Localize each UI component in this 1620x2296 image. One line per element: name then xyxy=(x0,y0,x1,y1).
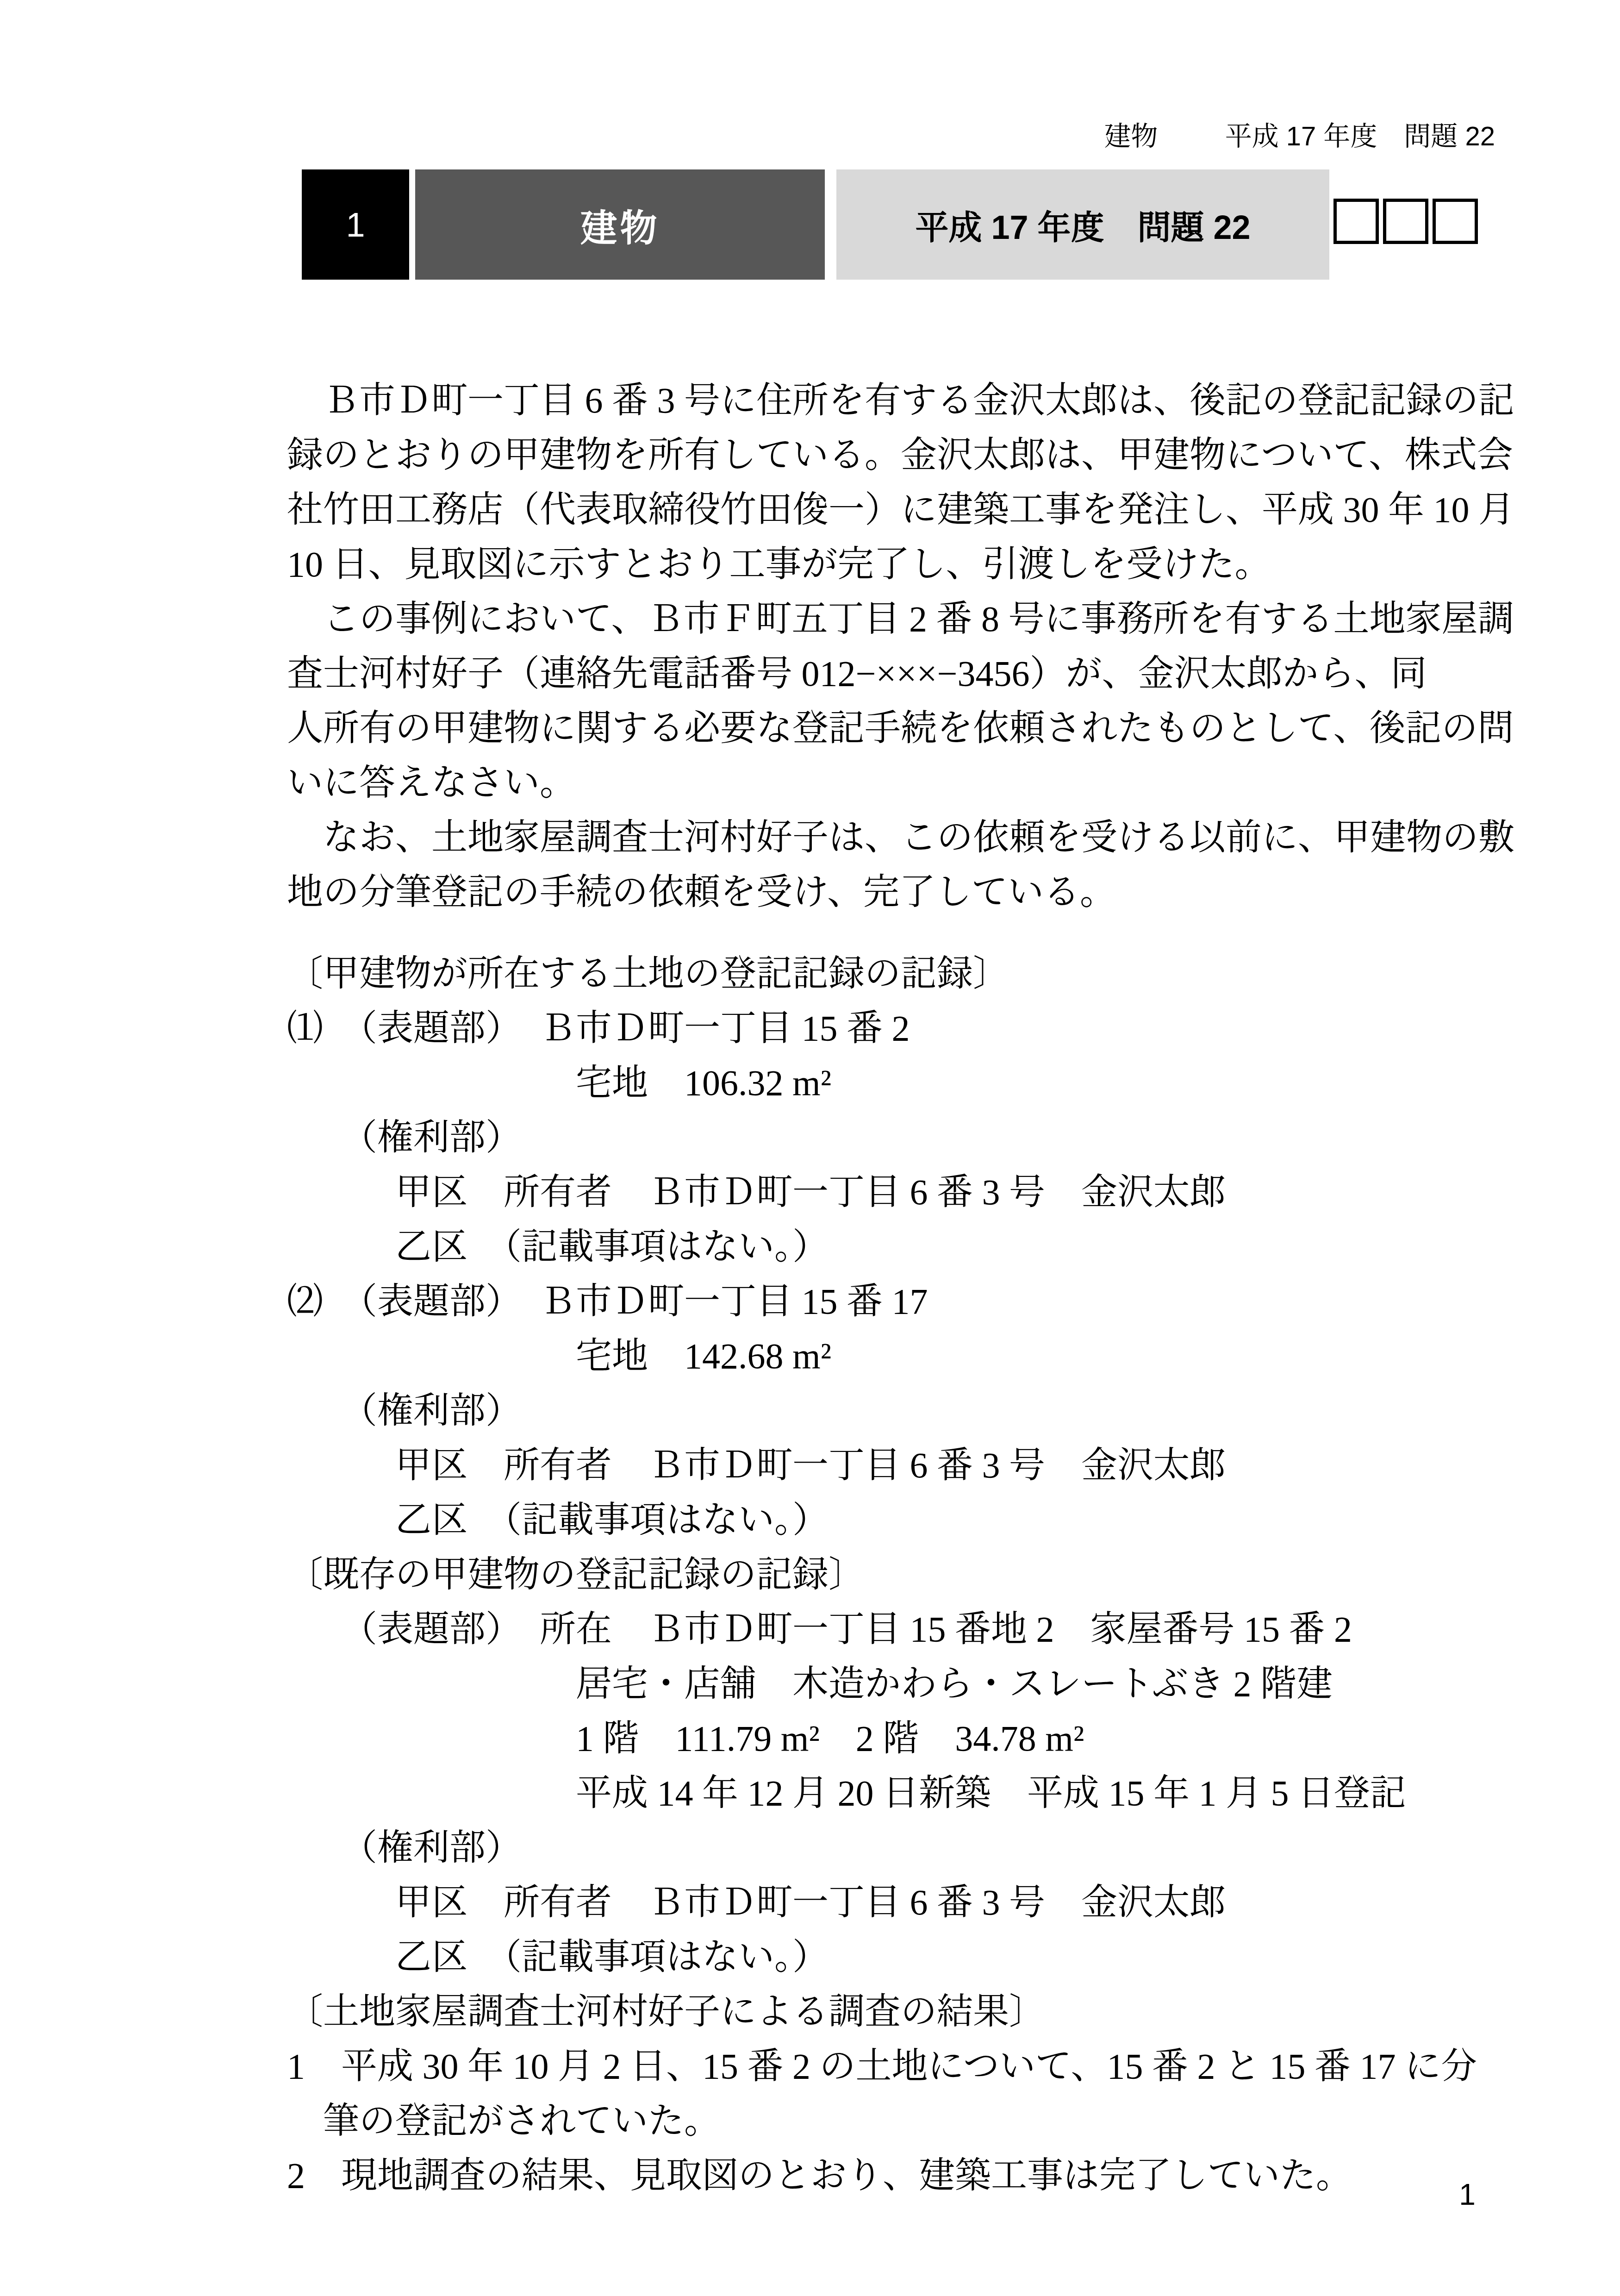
text-line: 録のとおりの甲建物を所有している。金沢太郎は、甲建物について、株式会 xyxy=(287,428,1514,482)
text-line: Ｂ市Ｄ町一丁目 6 番 3 号に住所を有する金沢太郎は、後記の登記記録の記 xyxy=(287,373,1514,428)
text-line: 人所有の甲建物に関する必要な登記手続を依頼されたものとして、後記の問 xyxy=(287,701,1514,756)
exam-title-label: 平成 17 年度 問題 22 xyxy=(915,200,1250,249)
running-header: 建物平成 17 年度 問題 22 xyxy=(287,81,1495,155)
answer-checkbox-1[interactable] xyxy=(1333,199,1379,244)
record-line: 乙区 （記載事項はない。） xyxy=(287,1930,1514,1984)
question-body: Ｂ市Ｄ町一丁目 6 番 3 号に住所を有する金沢太郎は、後記の登記記録の記 録の… xyxy=(287,373,1514,2203)
record-line: 乙区 （記載事項はない。） xyxy=(287,1493,1514,1547)
record-line: 宅地 142.68 m² xyxy=(287,1329,1514,1383)
text-line: 地の分筆登記の手続の依頼を受け、完了している。 xyxy=(287,865,1514,920)
record-line: ⑵ （表題部） Ｂ市Ｄ町一丁目 15 番 17 xyxy=(287,1274,1514,1329)
record-line: 甲区 所有者 Ｂ市Ｄ町一丁目 6 番 3 号 金沢太郎 xyxy=(287,1875,1514,1930)
record-line: （表題部） 所在 Ｂ市Ｄ町一丁目 15 番地 2 家屋番号 15 番 2 xyxy=(287,1602,1514,1657)
record-line: 平成 14 年 12 月 20 日新築 平成 15 年 1 月 5 日登記 xyxy=(287,1766,1514,1821)
record-line: （権利部） xyxy=(287,1110,1514,1165)
running-header-exam-info: 平成 17 年度 問題 22 xyxy=(1225,121,1495,151)
text-line: 査士河村好子（連絡先電話番号 012−×××−3456）が、金沢太郎から、同 xyxy=(287,646,1514,701)
record-line: 宅地 106.32 m² xyxy=(287,1056,1514,1110)
record-line: 2 現地調査の結果、見取図のとおり、建築工事は完了していた。 xyxy=(287,2148,1514,2203)
record-line: 甲区 所有者 Ｂ市Ｄ町一丁目 6 番 3 号 金沢太郎 xyxy=(287,1165,1514,1220)
subject-label: 建物 xyxy=(580,198,660,251)
record-line: 筆の登記がされていた。 xyxy=(287,2094,1514,2148)
record-line: 1 階 111.79 m² 2 階 34.78 m² xyxy=(287,1711,1514,1766)
registry-records: 〔甲建物が所在する土地の登記記録の記録〕 ⑴ （表題部） Ｂ市Ｄ町一丁目 15 … xyxy=(287,946,1514,2203)
record-line: （権利部） xyxy=(287,1821,1514,1875)
record-line: 1 平成 30 年 10 月 2 日、15 番 2 の土地について、15 番 2… xyxy=(287,2039,1514,2094)
text-line: この事例において、Ｂ市Ｆ町五丁目 2 番 8 号に事務所を有する土地家屋調 xyxy=(287,592,1514,646)
question-statement: Ｂ市Ｄ町一丁目 6 番 3 号に住所を有する金沢太郎は、後記の登記記録の記 録の… xyxy=(287,373,1514,920)
record-line: 甲区 所有者 Ｂ市Ｄ町一丁目 6 番 3 号 金沢太郎 xyxy=(287,1438,1514,1493)
exam-page: { "colors": { "chapter_box_bg": "#000000… xyxy=(0,0,1620,2296)
text-line: 社竹田工務店（代表取締役竹田俊一）に建築工事を発注し、平成 30 年 10 月 xyxy=(287,482,1514,537)
record-line: 居宅・店舗 木造かわら・スレートぶき 2 階建 xyxy=(287,1657,1514,1711)
text-line: いに答えなさい。 xyxy=(287,756,1514,810)
answer-checkbox-2[interactable] xyxy=(1383,199,1428,244)
answer-checkbox-3[interactable] xyxy=(1433,199,1478,244)
section-heading: 〔土地家屋調査士河村好子による調査の結果〕 xyxy=(287,1984,1514,2039)
chapter-number-box: 1 xyxy=(302,169,409,280)
section-heading: 〔既存の甲建物の登記記録の記録〕 xyxy=(287,1547,1514,1602)
running-header-doc-type: 建物 xyxy=(1104,121,1158,151)
section-heading: 〔甲建物が所在する土地の登記記録の記録〕 xyxy=(287,946,1514,1001)
record-line: （権利部） xyxy=(287,1383,1514,1438)
record-line: 乙区 （記載事項はない。） xyxy=(287,1220,1514,1274)
text-line: なお、土地家屋調査士河村好子は、この依頼を受ける以前に、甲建物の敷 xyxy=(287,810,1514,865)
page-number: 1 xyxy=(1449,2174,1486,2215)
exam-title-box: 平成 17 年度 問題 22 xyxy=(836,169,1329,280)
record-line: ⑴ （表題部） Ｂ市Ｄ町一丁目 15 番 2 xyxy=(287,1001,1514,1056)
chapter-number-label: 1 xyxy=(346,205,365,244)
subject-box: 建物 xyxy=(415,169,825,280)
text-line: 10 日、見取図に示すとおり工事が完了し、引渡しを受けた。 xyxy=(287,537,1514,592)
